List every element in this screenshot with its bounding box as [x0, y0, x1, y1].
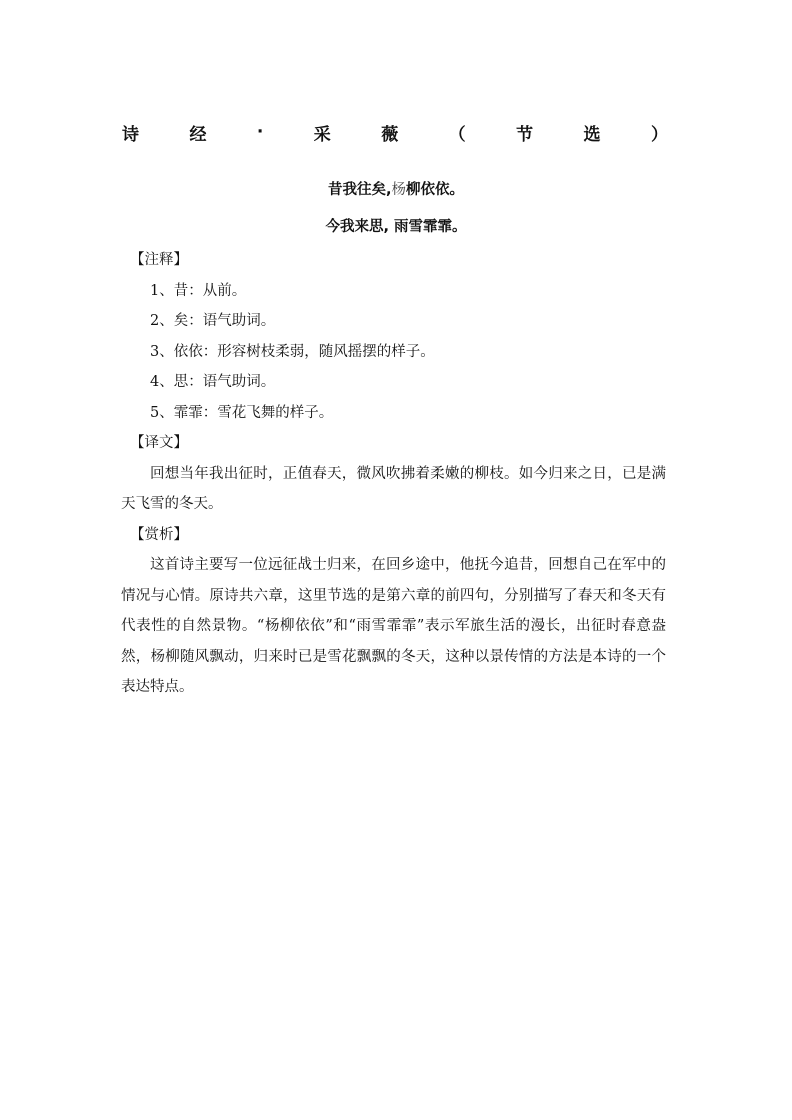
title-char: （ [449, 120, 466, 145]
document-body: 【注释】 1、昔：从前。 2、矣：语气助词。 3、依依：形容树枝柔弱，随风摇摆的… [121, 245, 666, 703]
poem-line-1: 昔我往矣,杨柳依依。 [0, 178, 792, 199]
translation-heading: 【译文】 [121, 428, 666, 459]
poem-line-2: 今我来思, 雨雪霏霏。 [0, 215, 792, 236]
note-item: 3、依依：形容树枝柔弱，随风摇摆的样子。 [121, 337, 666, 368]
poem-line-1-part-a: 昔我往矣, [328, 182, 392, 198]
note-item: 1、昔：从前。 [121, 276, 666, 307]
title-char: 节 [516, 120, 533, 145]
title-char: 诗 [122, 120, 139, 145]
title-char: 经 [189, 120, 206, 145]
title-char: 选 [584, 120, 601, 145]
notes-heading: 【注释】 [121, 245, 666, 276]
translation-text: 回想当年我出征时，正值春天，微风吹拂着柔嫩的柳枝。如今归来之日，已是满天飞雪的冬… [121, 459, 666, 520]
note-item: 5、霏霏：雪花飞舞的样子。 [121, 398, 666, 429]
title-char: 薇 [381, 120, 398, 145]
document-title: 诗 经 · 采 薇 （ 节 选 ） [122, 121, 668, 143]
title-char: 采 [314, 120, 331, 145]
poem-line-1-part-c: 柳依依。 [406, 182, 464, 198]
note-item: 4、思：语气助词。 [121, 367, 666, 398]
appreciation-text: 这首诗主要写一位远征战士归来，在回乡途中，他抚今追昔，回想自己在军中的情况与心情… [121, 550, 666, 703]
note-item: 2、矣：语气助词。 [121, 306, 666, 337]
appreciation-heading: 【赏析】 [121, 520, 666, 551]
title-char: · [257, 122, 263, 142]
title-char: ） [651, 120, 668, 145]
poem-line-1-part-b: 杨 [392, 182, 407, 198]
